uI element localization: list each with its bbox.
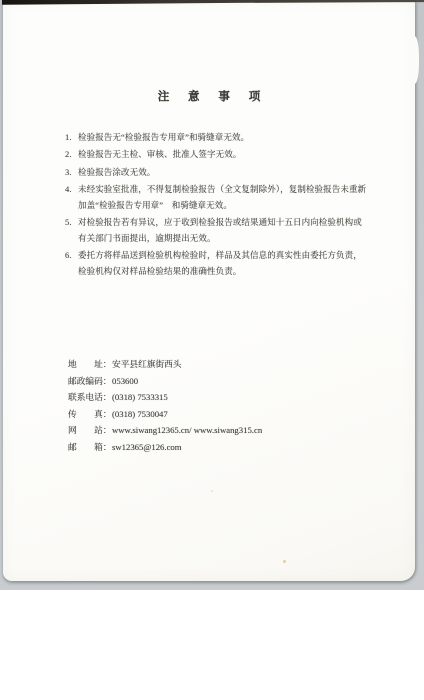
note-text: 检验报告无“检验报告专用章”和骑缝章无效。 (78, 130, 368, 146)
contact-label: 传 真： (68, 406, 112, 423)
notes-list: 1. 检验报告无“检验报告专用章”和骑缝章无效。 2. 检验报告无主检、审核、批… (65, 130, 368, 281)
scan-speck (211, 490, 213, 492)
contact-label: 联系电话： (68, 389, 112, 406)
contact-value: 053600 (112, 376, 138, 386)
note-text: 检验报告涂改无效。 (78, 165, 368, 181)
contact-label: 网 站： (68, 422, 112, 439)
note-number: 3. (65, 165, 78, 181)
note-text: 对检验报告若有异议，应于收到检验报告或结果通知十五日内向检验机构或有关部门书面提… (78, 215, 368, 246)
note-number: 2. (65, 147, 78, 163)
note-number: 4. (65, 182, 78, 213)
contact-row-email: 邮 箱：sw12365@126.com (68, 439, 262, 456)
contact-value: 安平县红旗街西头 (112, 359, 182, 369)
note-number: 6. (65, 248, 78, 279)
contact-block: 地 址：安平县红旗街西头 邮政编码：053600 联系电话：(0318) 753… (68, 356, 262, 455)
contact-row-postcode: 邮政编码：053600 (68, 373, 262, 390)
contact-value: www.siwang12365.cn/ www.siwang315.cn (112, 425, 262, 435)
note-item: 5. 对检验报告若有异议，应于收到检验报告或结果通知十五日内向检验机构或有关部门… (65, 215, 368, 246)
note-item: 6. 委托方将样品送到检验机构检验时，样品及其信息的真实性由委托方负责，检验机构… (65, 248, 368, 279)
document-page: 注 意 事 项 1. 检验报告无“检验报告专用章”和骑缝章无效。 2. 检验报告… (3, 0, 415, 581)
note-text: 未经实验室批准，不得复制检验报告（全文复制除外），复制检验报告未重新加盖“检验报… (78, 182, 368, 213)
contact-label: 邮政编码： (68, 373, 112, 390)
contact-row-fax: 传 真：(0318) 7530047 (68, 406, 262, 423)
contact-value: (0318) 7533315 (112, 392, 168, 402)
screenshot-root: 注 意 事 项 1. 检验报告无“检验报告专用章”和骑缝章无效。 2. 检验报告… (0, 0, 424, 700)
note-item: 2. 检验报告无主检、审核、批准人签字无效。 (65, 147, 368, 163)
paper-edge-notch (410, 36, 419, 84)
scanner-background: 注 意 事 项 1. 检验报告无“检验报告专用章”和骑缝章无效。 2. 检验报告… (0, 0, 424, 590)
contact-row-address: 地 址：安平县红旗街西头 (68, 356, 262, 373)
notice-title: 注 意 事 项 (3, 88, 415, 104)
contact-row-phone: 联系电话：(0318) 7533315 (68, 389, 262, 406)
contact-value: sw12365@126.com (112, 442, 182, 452)
note-item: 3. 检验报告涂改无效。 (65, 165, 368, 181)
contact-label: 邮 箱： (68, 439, 112, 456)
note-number: 5. (65, 215, 78, 246)
note-number: 1. (65, 130, 78, 146)
note-text: 委托方将样品送到检验机构检验时，样品及其信息的真实性由委托方负责，检验机构仅对样… (78, 248, 368, 279)
note-item: 1. 检验报告无“检验报告专用章”和骑缝章无效。 (65, 130, 368, 146)
page-top-edge-shadow (2, 0, 424, 5)
note-item: 4. 未经实验室批准，不得复制检验报告（全文复制除外），复制检验报告未重新加盖“… (65, 182, 368, 213)
note-text: 检验报告无主检、审核、批准人签字无效。 (78, 147, 368, 163)
contact-row-website: 网 站：www.siwang12365.cn/ www.siwang315.cn (68, 422, 262, 439)
contact-value: (0318) 7530047 (112, 409, 168, 419)
scan-speck (283, 560, 286, 563)
contact-label: 地 址： (68, 356, 112, 373)
